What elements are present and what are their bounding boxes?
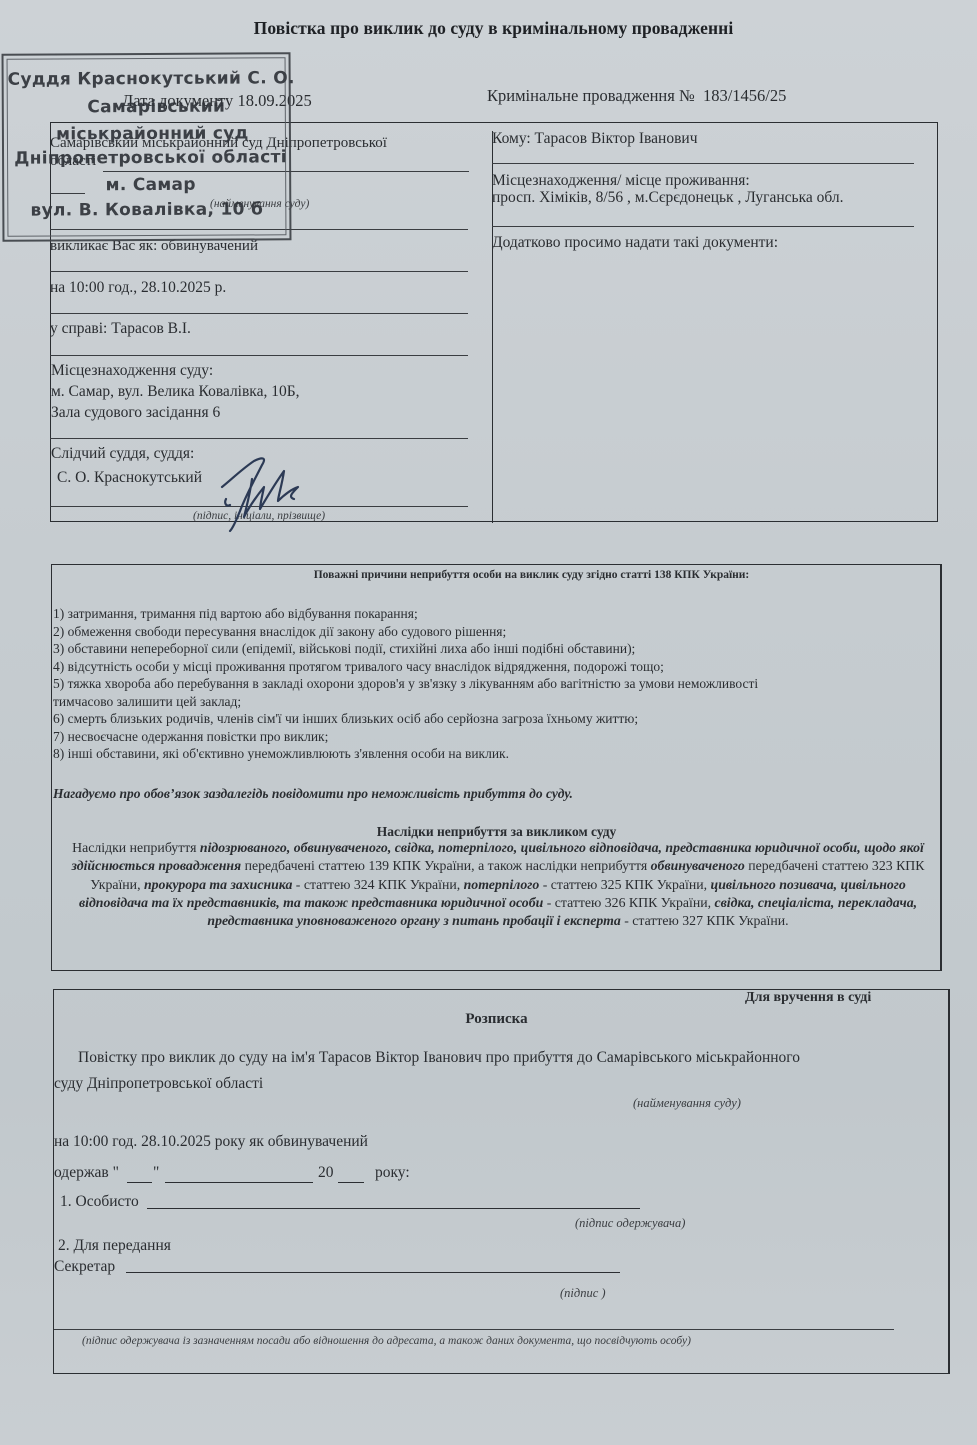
row-divider (50, 313, 468, 314)
case-number-value: 183/1456/25 (703, 86, 786, 105)
court-location-label: Місцезнаходження суду: (51, 361, 213, 381)
stamp-line: Суддя Краснокутський С. О. (4, 68, 293, 90)
row-divider (492, 226, 914, 227)
case-party: у справі: Тарасов В.І. (50, 319, 191, 339)
received-month-field[interactable] (165, 1182, 313, 1183)
row-divider (50, 438, 468, 439)
secretary-label: Секретар (54, 1258, 115, 1276)
consequences-heading: Наслідки неприбуття за викликом суду (51, 824, 942, 840)
received-prefix: одержав " (54, 1164, 119, 1182)
reminder-note: Нагадуємо про обов’язок заздалегідь пові… (53, 786, 573, 802)
case-number-label: Кримінальне провадження № (487, 86, 695, 105)
court-location-line2: Зала судового засідання 6 (51, 403, 220, 423)
reason-item: 5) тяжка хвороба або перебування в закла… (53, 675, 933, 693)
court-stamp: Суддя Краснокутський С. О. Самарівський … (2, 52, 292, 242)
consequences-emphasis: потерпілого (464, 877, 540, 892)
judge-label: Слідчий суддя, суддя: (51, 444, 194, 464)
stamp-line: м. Самар (4, 174, 293, 196)
consequences-part: - статтею 325 КПК України, (539, 877, 710, 892)
received-mid: " (153, 1164, 159, 1182)
secretary-signature-caption: (підпис ) (560, 1286, 606, 1301)
judge-signature-icon (212, 449, 312, 534)
valid-reasons-list: 1) затримання, тримання під вартою або в… (53, 605, 933, 763)
reason-item: 7) несвоєчасне одержання повістки про ви… (53, 728, 933, 746)
receipt-datetime-line: на 10:00 год. 28.10.2025 року як обвинув… (54, 1133, 368, 1151)
recipient-signature-caption: (підпис одержувача) (575, 1216, 685, 1231)
stamp-line: Самарівський (4, 96, 299, 118)
case-number-block: Кримінальне провадження № 183/1456/25 (487, 86, 786, 106)
receipt-title: Розписка (53, 1011, 950, 1028)
reason-item: 2) обмеження свободи пересування внаслід… (53, 623, 933, 641)
received-suffix: року: (375, 1164, 410, 1182)
receipt-summons-line1: Повістку про виклик до суду на ім'я Тара… (78, 1049, 800, 1067)
stamp-line: Дніпропетровської області (4, 147, 293, 169)
recipient-name: Кому: Тарасов Віктор Іванович (492, 129, 698, 149)
secretary-signature-field[interactable] (126, 1272, 620, 1273)
bottom-signature-caption: (підпис одержувача із зазначенням посади… (82, 1335, 691, 1347)
received-year-prefix: 20 (318, 1164, 334, 1182)
judge-name: С. О. Краснокутський (57, 468, 202, 488)
reason-item: 1) затримання, тримання під вартою або в… (53, 605, 933, 623)
consequences-part: передбачені статтею 139 КПК України, а т… (241, 858, 650, 873)
reason-item: тимчасово залишити цей заклад; (53, 693, 933, 711)
consequences-part: - статтею 326 КПК України, (543, 895, 714, 910)
receipt-summons-line2: суду Дніпропетровської області (54, 1075, 263, 1093)
bottom-signature-line (54, 1329, 894, 1330)
reason-item: 6) смерть близьких родичів, членів сім'ї… (53, 710, 933, 728)
row-divider (50, 355, 468, 356)
row-divider (50, 271, 468, 272)
reason-item: 3) обставини непереборної сили (епідемії… (53, 640, 933, 658)
delivery-note: Для вручення в суді (745, 990, 871, 1006)
row-divider (492, 163, 914, 164)
recipient-address-value: просп. Хіміків, 8/56 , м.Сєрєдонецьк , Л… (492, 188, 843, 208)
personally-signature-field[interactable] (147, 1208, 640, 1209)
additional-documents-label: Додатково просимо надати такі документи: (492, 233, 778, 253)
consequences-emphasis: обвинуваченого (651, 858, 745, 873)
stamp-line: міськрайонний суд (4, 123, 295, 145)
court-location-line1: м. Самар, вул. Велика Ковалівка, 10Б, (51, 382, 300, 402)
received-day-field[interactable] (127, 1182, 152, 1183)
court-name-caption-receipt: (найменування суду) (633, 1096, 741, 1111)
consequences-part: - статтею 324 КПК України, (292, 877, 463, 892)
reason-item: 8) інші обставини, які об'єктивно унемож… (53, 745, 933, 763)
consequences-part: Наслідки неприбуття (72, 840, 200, 855)
hearing-datetime: на 10:00 год., 28.10.2025 р. (50, 278, 226, 298)
valid-reasons-heading: Поважні причини неприбуття особи на викл… (51, 569, 942, 581)
consequences-text: Наслідки неприбуття підозрюваного, обвин… (54, 839, 942, 930)
consequences-emphasis: прокурора та захисника (144, 877, 292, 892)
document-title: Повістка про виклик до суду в кримінальн… (0, 18, 977, 39)
consequences-part: - статтею 327 КПК України. (621, 913, 789, 928)
for-transfer-label: 2. Для передання (58, 1237, 171, 1255)
personally-label: 1. Особисто (60, 1193, 139, 1211)
reason-item: 4) відсутність особи у місці проживання … (53, 658, 933, 676)
stamp-line: вул. В. Ковалівка, 10 б (4, 199, 309, 221)
received-year-field[interactable] (338, 1182, 364, 1183)
